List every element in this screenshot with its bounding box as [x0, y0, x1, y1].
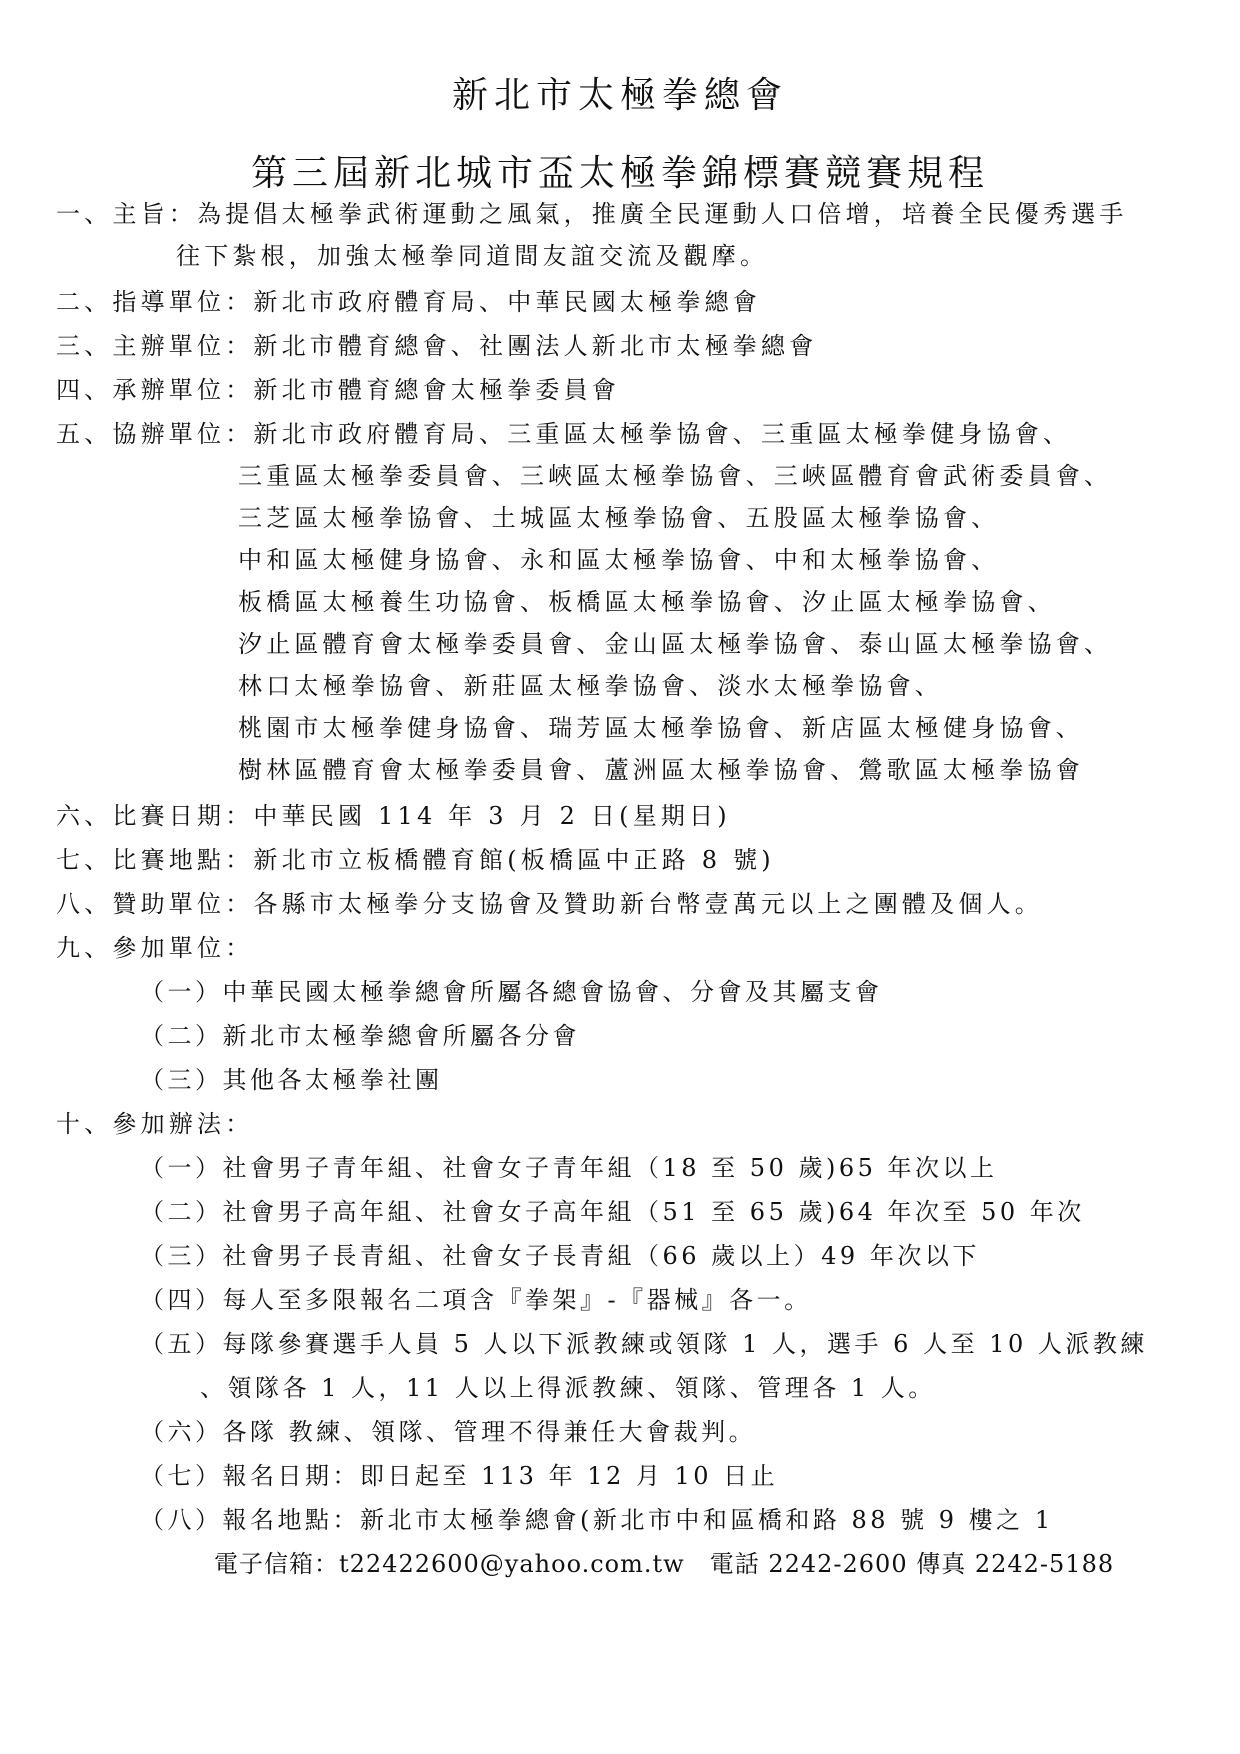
participant-item: （二）新北市太極拳總會所屬各分會 [140, 1020, 580, 1052]
section-text: 新北市立板橋體育館(板橋區中正路 8 號) [253, 846, 774, 874]
section-8-sponsors: 八、贊助單位：各縣市太極拳分支協會及贊助新台幣壹萬元以上之團體及個人。 [56, 888, 1043, 920]
rule-item: （三）社會男子長青組、社會女子長青組（66 歲以上）49 年次以下 [140, 1240, 980, 1272]
section-text: 新北市體育總會、社團法人新北市太極拳總會 [253, 332, 817, 360]
rule-item: （八）報名地點：新北市太極拳總會(新北市中和區橋和路 88 號 9 樓之 1 [140, 1504, 1054, 1536]
section-text: 新北市政府體育局、中華民國太極拳總會 [253, 288, 761, 316]
section-10-rules: 十、參加辦法： [56, 1108, 253, 1140]
org-title: 新北市太極拳總會 [0, 72, 1240, 120]
section-2-guidance: 二、指導單位：新北市政府體育局、中華民國太極拳總會 [56, 286, 761, 318]
co-organizer-line: 三重區太極拳委員會、三峽區太極拳協會、三峽區體育會武術委員會、 [238, 460, 1112, 492]
section-7-venue: 七、比賽地點：新北市立板橋體育館(板橋區中正路 8 號) [56, 844, 775, 876]
section-label: 七、比賽地點： [56, 844, 253, 876]
co-organizer-line: 板橋區太極養生功協會、板橋區太極拳協會、汐止區太極拳協會、 [238, 586, 1056, 618]
section-text: 新北市政府體育局、三重區太極拳協會、三重區太極拳健身協會、 [253, 420, 1071, 448]
section-label: 六、比賽日期： [56, 800, 253, 832]
contact-info: 電子信箱：t22422600@yahoo.com.tw 電話 2242-2600… [214, 1548, 1114, 1580]
section-text: 為提倡太極拳武術運動之風氣，推廣全民運動人口倍增，培養全民優秀選手 [197, 200, 1128, 228]
co-organizer-line: 林口太極拳協會、新莊區太極拳協會、淡水太極拳協會、 [238, 670, 943, 702]
rule-item: （二）社會男子高年組、社會女子高年組（51 至 65 歲)64 年次至 50 年… [140, 1196, 1085, 1228]
section-text: 新北市體育總會太極拳委員會 [253, 376, 620, 404]
section-4-executor: 四、承辦單位：新北市體育總會太極拳委員會 [56, 374, 620, 406]
section-5-co-organizers: 五、協辦單位：新北市政府體育局、三重區太極拳協會、三重區太極拳健身協會、 [56, 418, 1071, 450]
section-3-organizer: 三、主辦單位：新北市體育總會、社團法人新北市太極拳總會 [56, 330, 817, 362]
participant-item: （一）中華民國太極拳總會所屬各總會協會、分會及其屬支會 [140, 976, 883, 1008]
participant-item: （三）其他各太極拳社團 [140, 1064, 443, 1096]
event-title: 第三屆新北城市盃太極拳錦標賽競賽規程 [0, 150, 1240, 198]
section-label: 二、指導單位： [56, 286, 253, 318]
section-9-participants: 九、參加單位： [56, 932, 253, 964]
section-text: 各縣市太極拳分支協會及贊助新台幣壹萬元以上之團體及個人。 [253, 890, 1043, 918]
section-label: 四、承辦單位： [56, 374, 253, 406]
section-label: 八、贊助單位： [56, 888, 253, 920]
section-text: 中華民國 114 年 3 月 2 日(星期日) [253, 802, 730, 830]
section-label: 九、參加單位： [56, 932, 253, 964]
section-label: 五、協辦單位： [56, 418, 253, 450]
document-page: 新北市太極拳總會 第三屆新北城市盃太極拳錦標賽競賽規程 一、主旨：為提倡太極拳武… [0, 0, 1240, 1754]
rule-item: （一）社會男子青年組、社會女子青年組（18 至 50 歲)65 年次以上 [140, 1152, 998, 1184]
co-organizer-line: 三芝區太極拳協會、土城區太極拳協會、五股區太極拳協會、 [238, 502, 999, 534]
section-1-purpose: 一、主旨：為提倡太極拳武術運動之風氣，推廣全民運動人口倍增，培養全民優秀選手 [56, 198, 1128, 230]
co-organizer-line: 桃園市太極拳健身協會、瑞芳區太極拳協會、新店區太極健身協會、 [238, 712, 1084, 744]
co-organizer-line: 樹林區體育會太極拳委員會、蘆洲區太極拳協會、鶯歌區太極拳協會 [238, 754, 1084, 786]
rule-item: （六）各隊 教練、領隊、管理不得兼任大會裁判。 [140, 1416, 756, 1448]
section-label: 三、主辦單位： [56, 330, 253, 362]
rule-item-cont: 、領隊各 1 人，11 人以上得派教練、領隊、管理各 1 人。 [200, 1372, 936, 1404]
rule-item: （七）報名日期：即日起至 113 年 12 月 10 日止 [140, 1460, 778, 1492]
rule-item: （四）每人至多限報名二項含『拳架』-『器械』各一。 [140, 1284, 812, 1316]
section-label: 十、參加辦法： [56, 1108, 253, 1140]
co-organizer-line: 中和區太極健身協會、永和區太極拳協會、中和太極拳協會、 [238, 544, 999, 576]
section-1-purpose-cont: 往下紮根，加強太極拳同道間友誼交流及觀摩。 [176, 240, 768, 272]
section-6-date: 六、比賽日期：中華民國 114 年 3 月 2 日(星期日) [56, 800, 731, 832]
co-organizer-line: 汐止區體育會太極拳委員會、金山區太極拳協會、泰山區太極拳協會、 [238, 628, 1112, 660]
rule-item: （五）每隊參賽選手人員 5 人以下派教練或領隊 1 人，選手 6 人至 10 人… [140, 1328, 1148, 1360]
section-label: 一、主旨： [56, 198, 197, 230]
